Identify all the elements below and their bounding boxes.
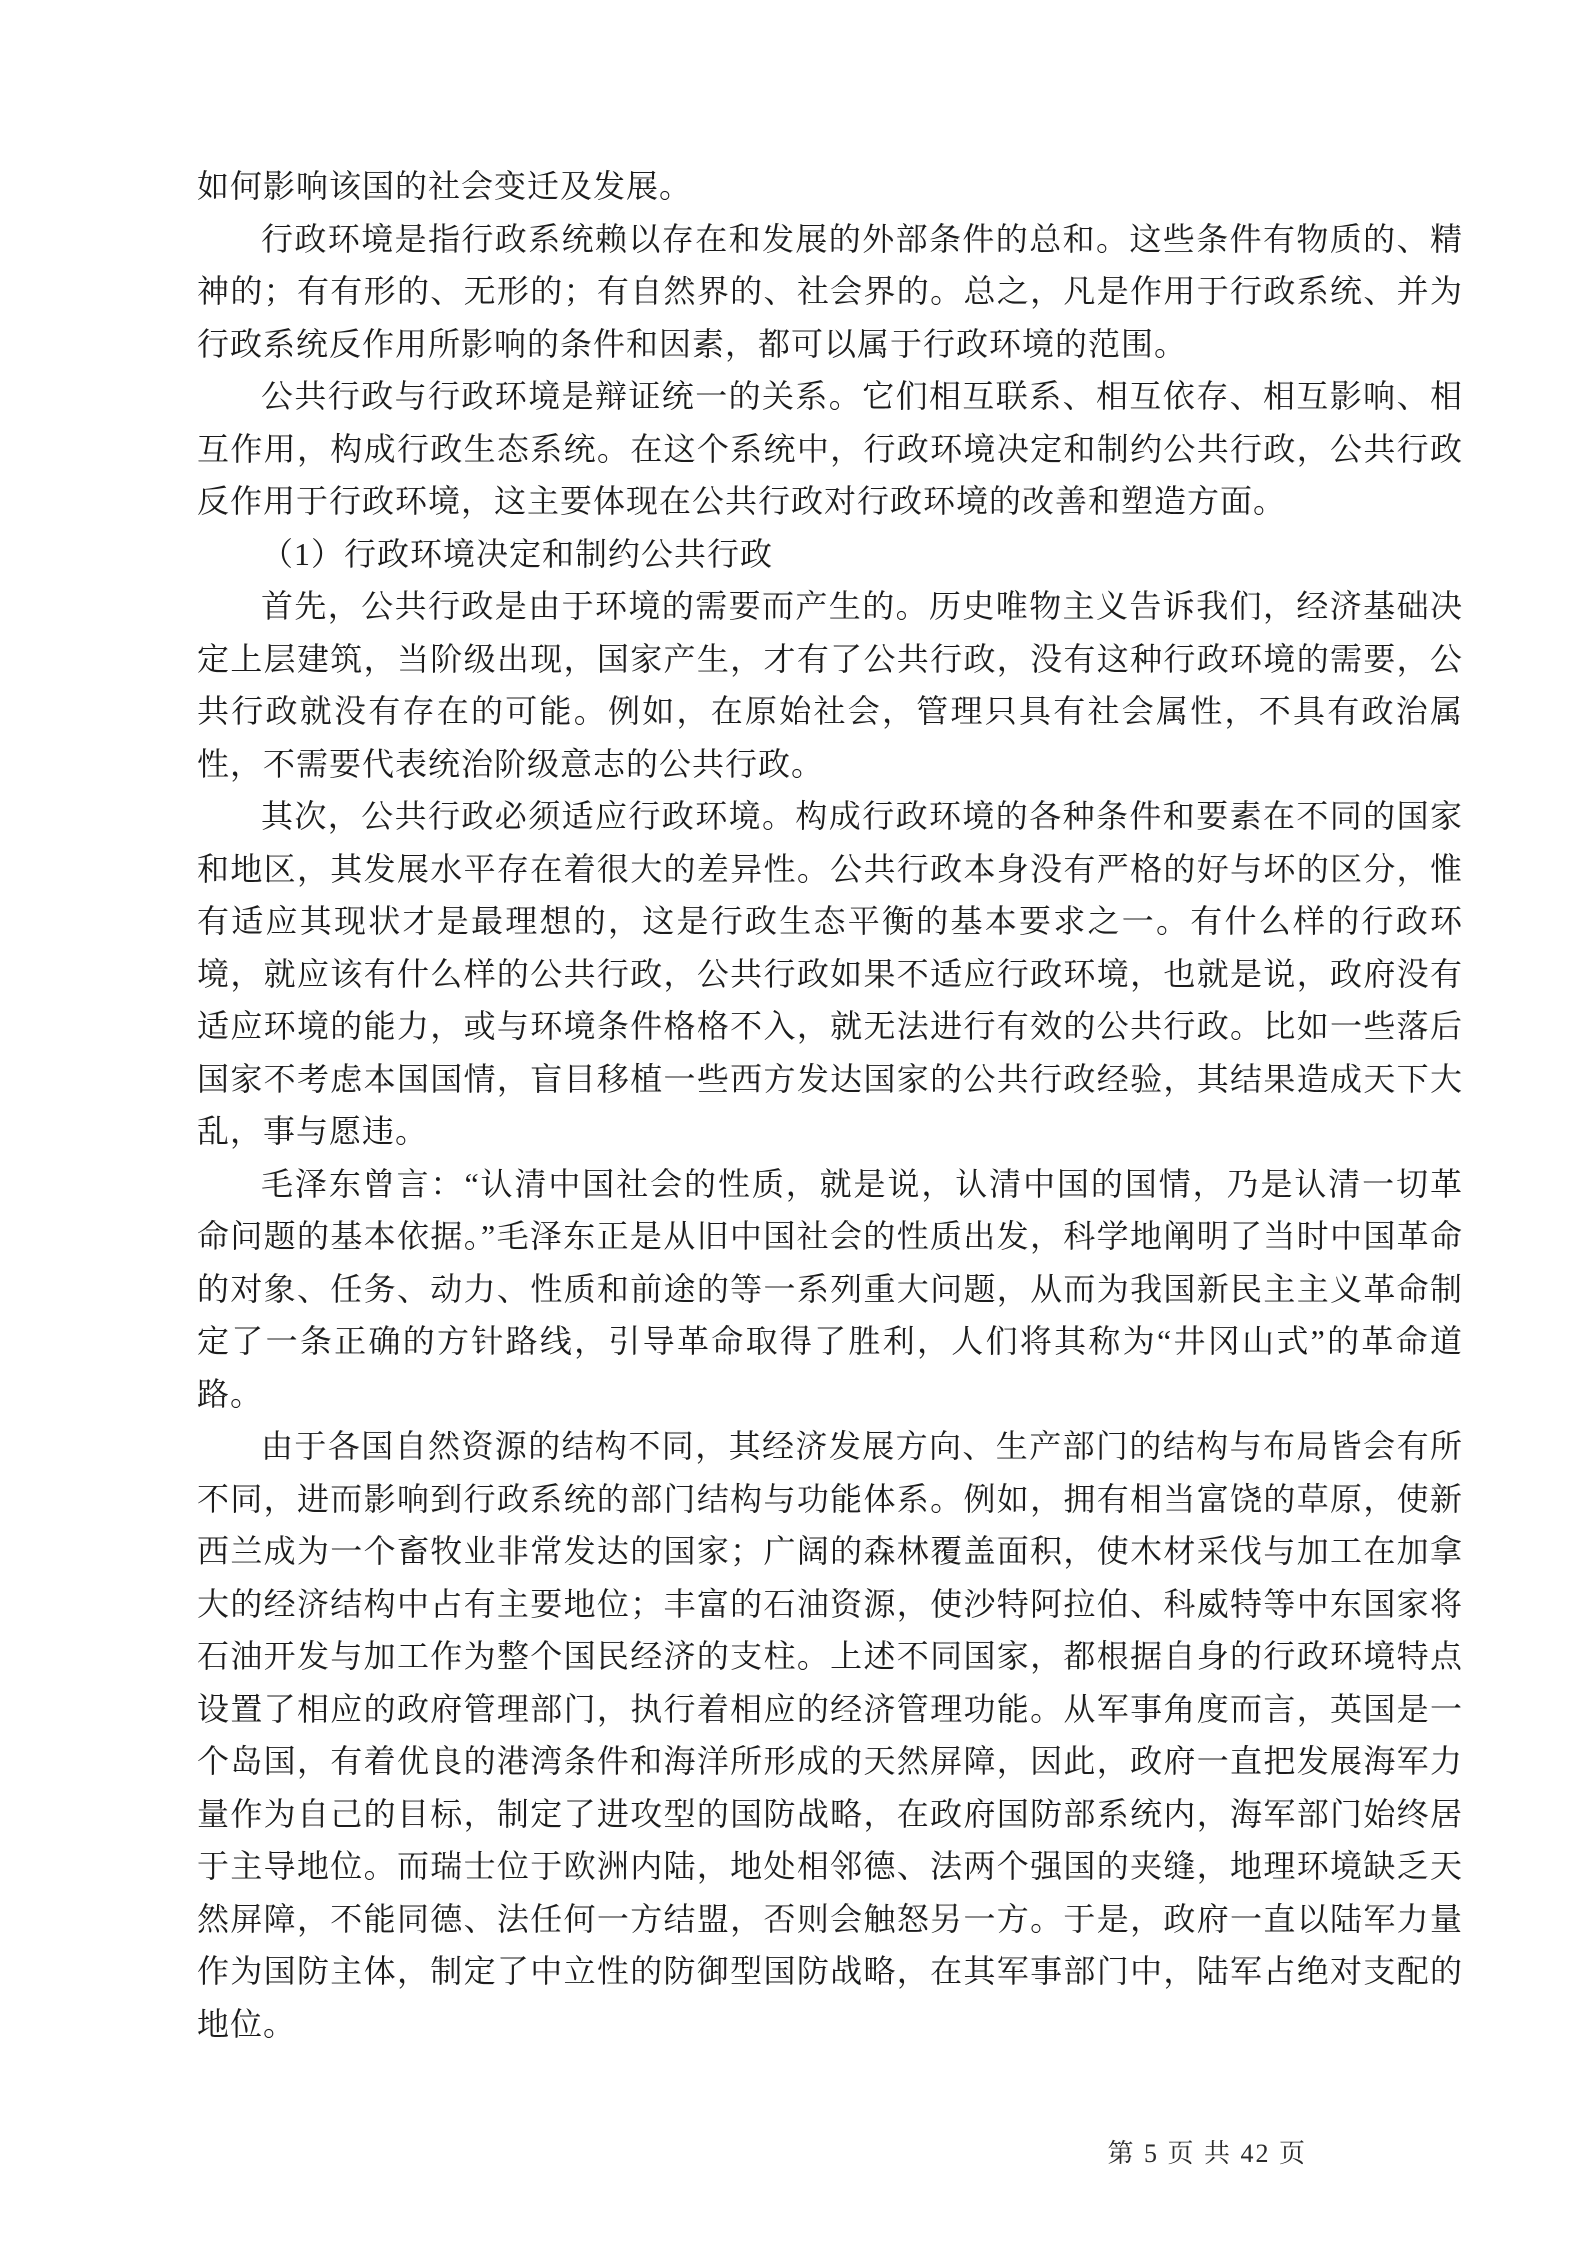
page-number: 第 5 页 共 42 页 <box>1107 2139 1307 2168</box>
paragraph: 由于各国自然资源的结构不同，其经济发展方向、生产部门的结构与布局皆会有所不同，进… <box>197 1420 1463 2050</box>
section-subheading: （1）行政环境决定和制约公共行政 <box>197 528 1463 581</box>
paragraph: 首先，公共行政是由于环境的需要而产生的。历史唯物主义告诉我们，经济基础决定上层建… <box>197 580 1463 790</box>
paragraph: 其次，公共行政必须适应行政环境。构成行政环境的各种条件和要素在不同的国家和地区，… <box>197 790 1463 1158</box>
paragraph: 毛泽东曾言：“认清中国社会的性质，就是说，认清中国的国情，乃是认清一切革命问题的… <box>197 1158 1463 1421</box>
document-body: 如何影响该国的社会变迁及发展。 行政环境是指行政系统赖以存在和发展的外部条件的总… <box>197 160 1463 2050</box>
paragraph: 行政环境是指行政系统赖以存在和发展的外部条件的总和。这些条件有物质的、精神的；有… <box>197 213 1463 371</box>
document-page: 如何影响该国的社会变迁及发展。 行政环境是指行政系统赖以存在和发展的外部条件的总… <box>0 0 1594 2252</box>
paragraph: 如何影响该国的社会变迁及发展。 <box>197 160 1463 213</box>
page-footer: 第 5 页 共 42 页 <box>1073 2112 1307 2196</box>
paragraph: 公共行政与行政环境是辩证统一的关系。它们相互联系、相互依存、相互影响、相互作用，… <box>197 370 1463 528</box>
